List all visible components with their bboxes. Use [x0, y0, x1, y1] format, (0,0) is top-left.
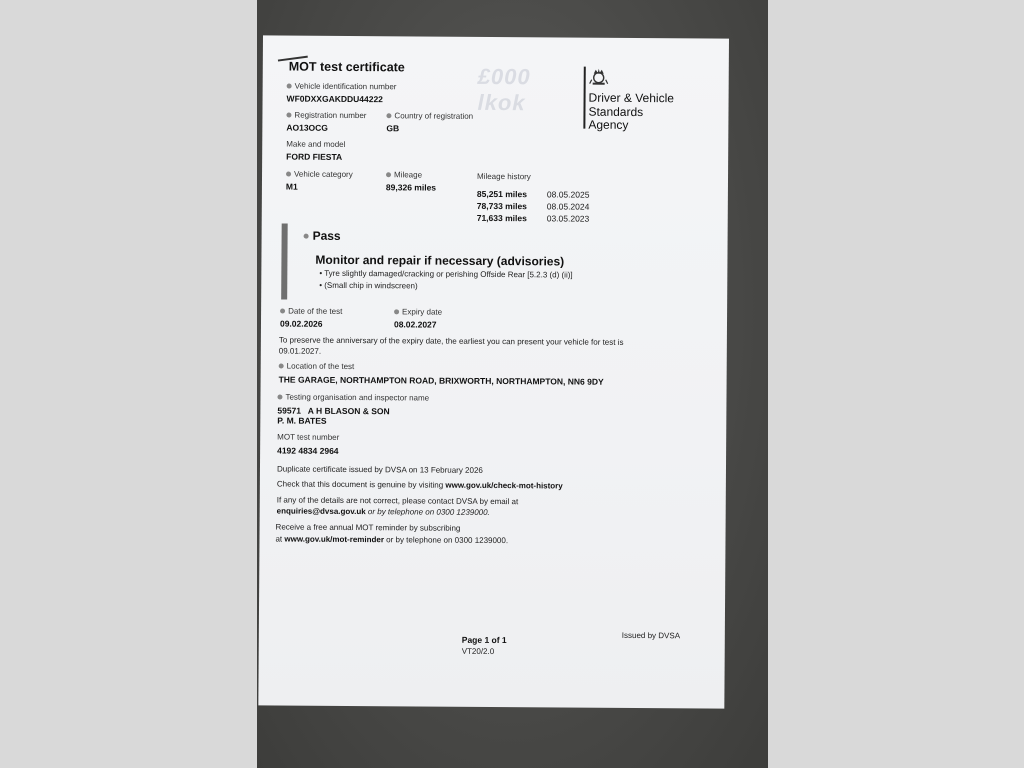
vin-label: Vehicle identification number [287, 82, 397, 92]
test-date-value: 09.02.2026 [280, 318, 323, 328]
expiry-date-label: Expiry date [394, 307, 442, 316]
logo-divider [583, 67, 585, 129]
watermark-stamp: £000lkok [477, 64, 567, 110]
location-value: THE GARAGE, NORTHAMPTON ROAD, BRIXWORTH,… [279, 374, 604, 386]
mileage-history-row: 71,633 miles03.05.2023 [477, 208, 590, 221]
reminder-note: Receive a free annual MOT reminder by su… [276, 522, 461, 532]
category-value: M1 [286, 182, 298, 192]
pass-status: Pass [304, 229, 341, 243]
mot-reminder-link[interactable]: www.gov.uk/mot-reminder [284, 535, 384, 545]
advisory-item: • Tyre slightly damaged/cracking or peri… [319, 269, 572, 280]
registration-value: AO13OCG [286, 123, 328, 133]
vin-value: WF0DXXGAKDDU44222 [287, 94, 383, 105]
test-number-label: MOT test number [277, 432, 339, 441]
test-number-value: 4192 4834 2964 [277, 445, 339, 455]
duplicate-note: Duplicate certificate issued by DVSA on … [277, 464, 483, 474]
check-mot-history-link[interactable]: www.gov.uk/check-mot-history [445, 481, 562, 491]
royal-crest-icon [589, 68, 609, 86]
issued-by: Issued by DVSA [622, 631, 680, 640]
info-icon [277, 395, 282, 400]
category-label: Vehicle category [286, 170, 353, 179]
contact-note: If any of the details are not correct, p… [277, 495, 519, 506]
country-label: Country of registration [386, 111, 473, 121]
genuine-check-note: Check that this document is genuine by v… [277, 479, 563, 490]
contact-details: enquiries@dvsa.gov.uk or by telephone on… [277, 506, 490, 516]
test-date-label: Date of the test [280, 306, 342, 315]
mileage-history-row: 85,251 miles08.05.2025 [477, 184, 590, 197]
organisation-label: Testing organisation and inspector name [277, 392, 429, 402]
info-icon [386, 114, 391, 119]
mileage-history-row: 78,733 miles08.05.2024 [477, 196, 590, 209]
anniversary-note-date: 09.01.2027. [279, 346, 321, 355]
advisory-item: • (Small chip in windscreen) [319, 281, 417, 291]
reminder-details: at www.gov.uk/mot-reminder or by telepho… [275, 534, 508, 545]
dvsa-email-link[interactable]: enquiries@dvsa.gov.uk [277, 506, 366, 516]
info-icon [280, 309, 285, 314]
mileage-history-list: 85,251 miles08.05.2025 78,733 miles08.05… [477, 184, 590, 221]
info-icon [304, 234, 309, 239]
agency-line-3: Agency [588, 119, 673, 133]
mileage-label: Mileage [386, 170, 422, 179]
agency-line-1: Driver & Vehicle [589, 92, 674, 106]
location-label: Location of the test [279, 361, 355, 371]
mot-certificate-page: MOT test certificate £000lkok Driver & V… [258, 35, 729, 708]
info-icon [286, 172, 291, 177]
advisories-title: Monitor and repair if necessary (advisor… [315, 253, 564, 269]
make-model-value: FORD FIESTA [286, 152, 342, 162]
info-icon [386, 173, 391, 178]
info-icon [279, 364, 284, 369]
mileage-history-label: Mileage history [477, 172, 531, 181]
expiry-date-value: 08.02.2027 [394, 319, 437, 329]
make-model-label: Make and model [286, 140, 345, 149]
registration-label: Registration number [286, 111, 366, 121]
mileage-value: 89,326 miles [386, 182, 436, 192]
result-bar [281, 224, 288, 300]
agency-name: Driver & Vehicle Standards Agency [588, 92, 674, 133]
country-value: GB [386, 123, 399, 133]
certificate-title: MOT test certificate [289, 60, 405, 75]
info-icon [287, 84, 292, 89]
form-code: VT20/2.0 [462, 647, 495, 656]
info-icon [286, 113, 291, 118]
page-number: Page 1 of 1 [462, 635, 507, 645]
info-icon [394, 310, 399, 315]
anniversary-note: To preserve the anniversary of the expir… [279, 335, 624, 346]
inspector-name: P. M. BATES [277, 415, 326, 425]
